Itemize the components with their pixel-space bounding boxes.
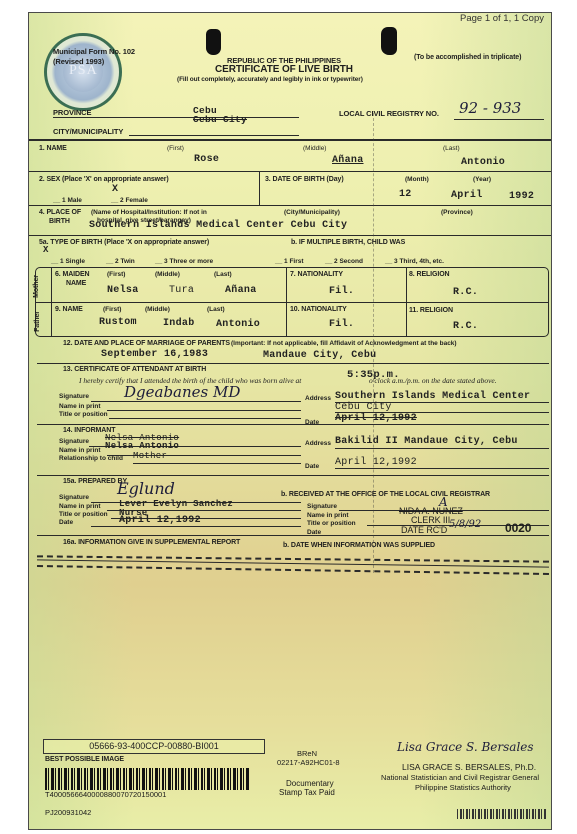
city-label: CITY/MUNICIPALITY [53, 127, 123, 136]
father-last-name: Antonio [216, 319, 260, 330]
barcode-icon [45, 768, 249, 790]
stamp-tax-line-2: Stamp Tax Paid [279, 788, 335, 797]
registrar-general-title: National Statistician and Civil Registra… [381, 773, 539, 782]
informant-signature-label: Signature [59, 438, 89, 445]
attendant-address-label: Address [305, 395, 331, 402]
received-title-label: Title or position [307, 520, 356, 527]
last-name-label: (Last) [443, 145, 460, 152]
mother-religion: R.C. [453, 287, 478, 298]
dob-year: 1992 [509, 191, 534, 202]
multiple-second: __ 2 Second [325, 258, 363, 265]
multiple-birth-label: b. IF MULTIPLE BIRTH, CHILD WAS [291, 239, 405, 246]
registry-label: LOCAL CIVIL REGISTRY NO. [339, 109, 439, 118]
registry-number: 92 - 933 [459, 99, 521, 117]
attendant-signature: Dgeabanes MD [124, 383, 240, 401]
mother-label: 6. MAIDEN [55, 271, 90, 278]
father-middle-label: (Middle) [145, 306, 170, 313]
attendant-label: 13. CERTIFICATE OF ATTENDANT AT BIRTH [63, 366, 206, 373]
pob-city-label: (City/Municipality) [284, 209, 340, 216]
dob-month: April [451, 190, 483, 201]
pob-label: 4. PLACE OF [39, 209, 81, 216]
informant-name-label: Name in print [59, 447, 101, 454]
received-date-rcd: 5/8/92 [449, 519, 481, 530]
prepared-date-label: Date [59, 519, 73, 526]
attendant-address-1: Southern Islands Medical Center [335, 391, 530, 402]
received-signature-label: Signature [307, 503, 337, 510]
birth-certificate-document: Page 1 of 1, 1 Copy PSA Municipal Form N… [28, 12, 552, 830]
attendant-certify-tail: o'clock a.m./p.m. on the date stated abo… [369, 376, 497, 385]
attendant-signature-label: Signature [59, 393, 89, 400]
informant-address: Bakilid II Mandaue City, Cebu [335, 436, 518, 447]
marriage-note: (Important: If not applicable, fill Affi… [231, 340, 457, 347]
birth-type-single: __ 1 Single [51, 258, 85, 265]
small-barcode-icon [457, 809, 547, 819]
prepared-name-label: Name in print [59, 503, 101, 510]
pob-label-birth: BIRTH [49, 218, 70, 225]
father-first-name: Rustom [99, 317, 137, 328]
multiple-first: __ 1 First [275, 258, 304, 265]
sex-option-male: __ 1 Male [53, 197, 82, 204]
city-value: Cebu City [193, 114, 247, 125]
informant-relationship: Mother [133, 451, 167, 461]
child-name-label: 1. NAME [39, 145, 67, 152]
mother-religion-label: 8. RELIGION [409, 271, 450, 278]
received-label: b. RECEIVED AT THE OFFICE OF THE LOCAL C… [281, 491, 490, 498]
attendant-date: April 12,1992 [335, 413, 417, 424]
mother-middle-label: (Middle) [155, 271, 180, 278]
informant-address-label: Address [305, 440, 331, 447]
attendant-name-label: Name in print [59, 403, 101, 410]
supplemental-date-label: b. DATE WHEN INFORMATION WAS SUPPLIED [283, 542, 435, 549]
province-label: PROVINCE [53, 108, 91, 117]
received-date-rcd-label: DATE RC'D [401, 525, 447, 535]
marriage-date: September 16,1983 [101, 349, 208, 360]
sex-mark: X [112, 184, 118, 195]
best-image-note: BEST POSSIBLE IMAGE [45, 756, 124, 763]
form-number: Municipal Form No. 102 [53, 47, 135, 56]
birth-type-mark: X [43, 245, 49, 255]
dob-year-label: (Year) [473, 176, 491, 183]
pob-province-label: (Province) [441, 209, 473, 216]
child-first-name: Rose [194, 154, 219, 165]
fill-instructions: (Fill out completely, accurately and leg… [177, 76, 363, 83]
multiple-third: __ 3 Third, 4th, etc. [385, 258, 444, 265]
supplemental-label: 16a. INFORMATION GIVE IN SUPPLEMENTAL RE… [63, 539, 240, 546]
father-nationality: Fil. [329, 319, 354, 330]
dob-label: 3. DATE OF BIRTH (Day) [265, 176, 344, 183]
dob-day: 12 [399, 189, 412, 200]
registrar-general-org: Philippine Statistics Authority [415, 783, 511, 792]
informant-relationship-label: Relationship to child [59, 455, 123, 462]
birth-type-label: 5a. TYPE OF BIRTH (Place 'X on appropria… [39, 239, 209, 246]
attendant-title-label: Title or position [59, 411, 108, 418]
birth-type-three: __ 3 Three or more [155, 258, 213, 265]
prepared-signature: Eglund [117, 479, 175, 498]
philippine-emblem-left-icon [206, 29, 221, 55]
child-middle-name: Añana [332, 155, 364, 166]
received-name-label: Name in print [307, 512, 349, 519]
registrar-general-signature: Lisa Grace S. Bersales [397, 740, 534, 754]
received-title: CLERK III [411, 515, 450, 525]
father-side-label: Father [34, 311, 41, 332]
prepared-title-label: Title or position [59, 511, 108, 518]
mother-side-label: Mother [33, 275, 40, 298]
pj-number: PJ200931042 [45, 808, 91, 817]
psa-seal-icon: PSA [44, 33, 122, 111]
father-last-label: (Last) [207, 306, 225, 313]
mother-last-label: (Last) [214, 271, 232, 278]
triplicate-note: (To be accomplished in triplicate) [414, 54, 521, 61]
pob-hint-1: (Name of Hospital/Institution: If not in [91, 209, 207, 216]
father-religion-label: 11. RELIGION [409, 307, 453, 314]
marriage-label: 12. DATE AND PLACE OF MARRIAGE OF PARENT… [63, 340, 230, 347]
mother-nationality: Fil. [329, 286, 354, 297]
informant-name: Nelsa Antonio [105, 441, 179, 451]
child-last-name: Antonio [461, 157, 505, 168]
prepared-signature-label: Signature [59, 494, 89, 501]
prepared-date: April 12,1992 [119, 515, 201, 526]
stamp-tax-line-1: Documentary [286, 779, 334, 788]
informant-date-label: Date [305, 463, 319, 470]
mother-first-name: Nelsa [107, 285, 139, 296]
bren-label: BReN [297, 749, 317, 758]
bren-number: 02217-A92HC01-8 [277, 758, 340, 767]
father-middle-name: Indab [163, 318, 195, 329]
marriage-place: Mandaue City, Cebu [263, 350, 376, 361]
mother-last-name: Añana [225, 285, 257, 296]
mother-first-label: (First) [107, 271, 125, 278]
father-religion: R.C. [453, 321, 478, 332]
father-nationality-label: 10. NATIONALITY [290, 306, 347, 313]
informant-date: April 12,1992 [335, 457, 417, 468]
registrar-general-name: LISA GRACE S. BERSALES, Ph.D. [402, 762, 536, 772]
registry-stamp-number: 0020 [505, 521, 531, 535]
birth-type-twin: __ 2 Twin [106, 258, 135, 265]
form-revision: (Revised 1993) [53, 57, 104, 66]
certificate-title: CERTIFICATE OF LIVE BIRTH [215, 64, 353, 75]
barcode-number: T4000566640000880070720150001 [45, 790, 166, 799]
control-number-box: 05666-93-400CCP-00880-BI001 [43, 739, 265, 754]
first-name-label: (First) [167, 145, 184, 152]
mother-middle-name: Tura [169, 285, 194, 296]
sex-label: 2. SEX (Place 'X' on appropriate answer) [39, 176, 169, 183]
father-label: 9. NAME [55, 306, 83, 313]
philippine-emblem-right-icon [381, 27, 397, 55]
middle-name-label: (Middle) [303, 145, 326, 152]
page-indicator: Page 1 of 1, 1 Copy [460, 13, 544, 24]
dob-month-label: (Month) [405, 176, 429, 183]
father-first-label: (First) [103, 306, 121, 313]
sex-option-female: __ 2 Female [111, 197, 148, 204]
place-of-birth: Southern Islands Medical Center Cebu Cit… [89, 220, 347, 231]
mother-label-name: NAME [66, 280, 86, 287]
mother-nationality-label: 7. NATIONALITY [290, 271, 343, 278]
